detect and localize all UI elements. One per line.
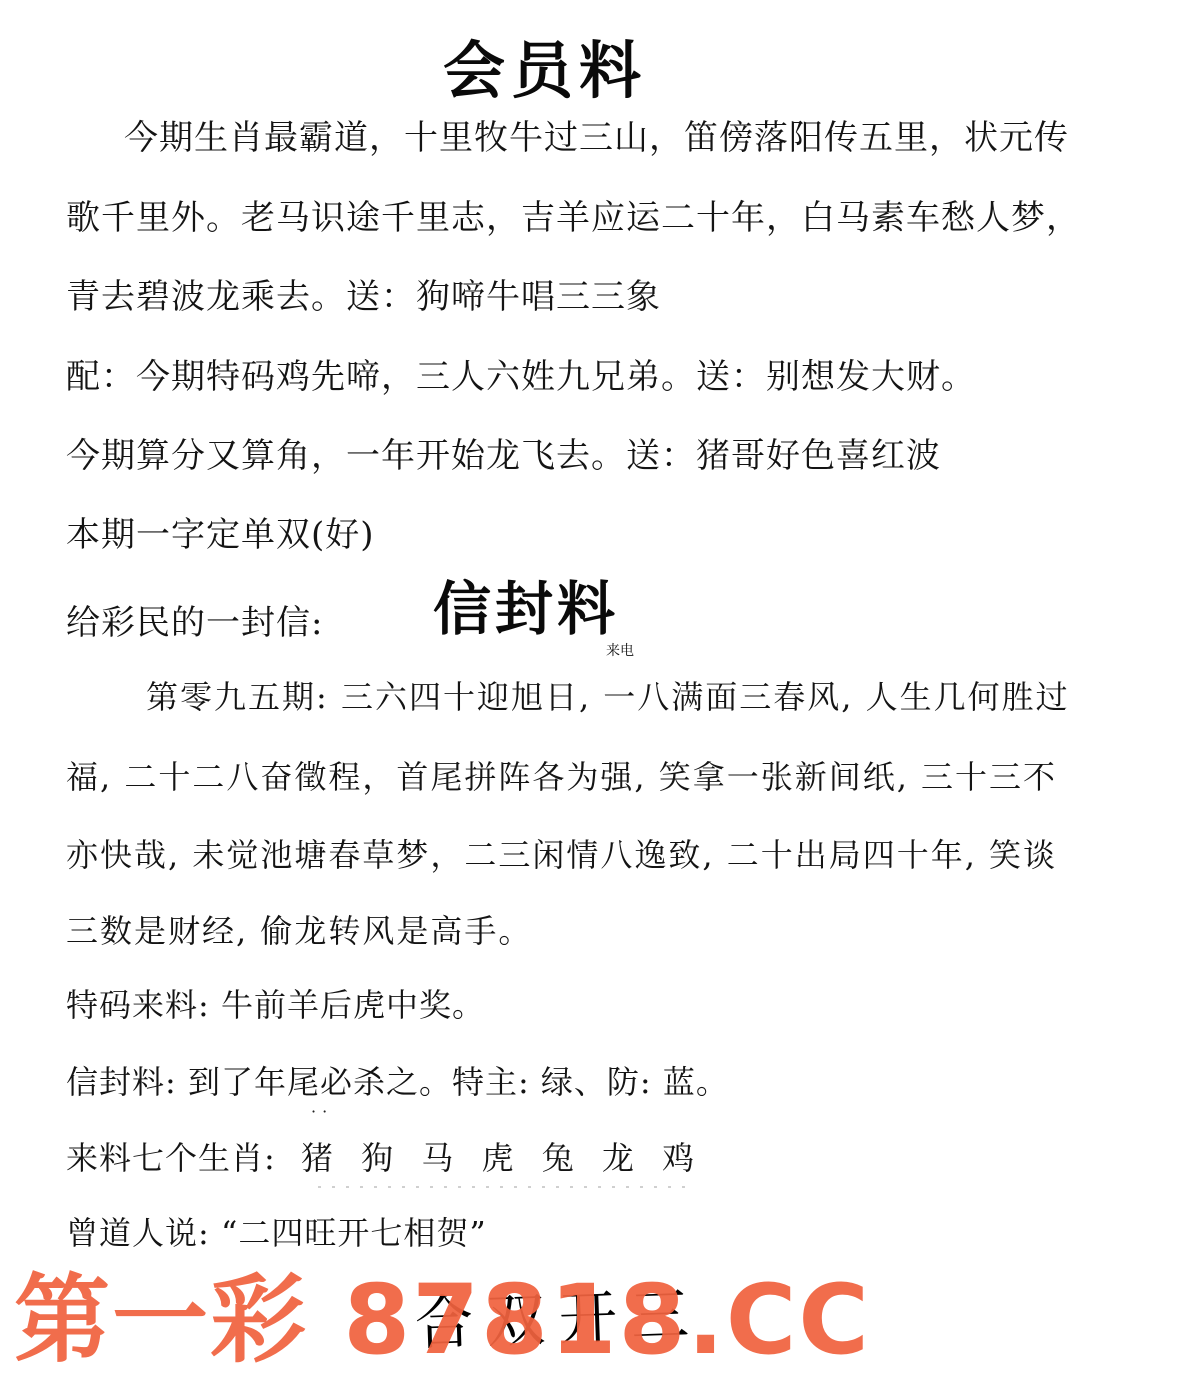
emphasis-dots: ·· — [311, 1102, 333, 1121]
envelope-tip: 信封料: 到了年尾必杀之。特主: 绿、防: 蓝。 — [66, 1062, 729, 1102]
special-code-tip: 特码来料: 牛前羊后虎中奖。 — [66, 985, 485, 1025]
seven-zodiacs-label: 来料七个生肖: — [66, 1139, 276, 1177]
member-line-1: 今期生肖最霸道，十里牧牛过三山，笛傍落阳传五里，状元传 — [124, 118, 1069, 158]
zodiac-item: 鸡 — [662, 1139, 694, 1177]
member-line-2: 歌千里外。老马识途千里志，吉羊应运二十年，白马素车愁人梦， — [66, 198, 1081, 238]
letter-line-1: 第零九五期: 三六四十迎旭日, 一八满面三春风, 人生几何胜过 — [146, 677, 1070, 717]
letter-line-4: 三数是财经, 偷龙转风是高手。 — [66, 911, 532, 951]
zodiac-item: 兔 — [542, 1139, 574, 1177]
member-section-title: 会员料 — [443, 40, 647, 102]
zodiac-item: 虎 — [482, 1139, 514, 1177]
letter-title-note: 来电 — [606, 643, 634, 659]
zodiac-item: 猪 — [301, 1139, 333, 1177]
member-line-5: 今期算分又算角，一年开始龙飞去。送：猪哥好色喜红波 — [66, 436, 941, 476]
zodiac-item: 狗 — [361, 1139, 393, 1177]
member-line-6: 本期一字定单双(好) — [66, 515, 375, 555]
member-line-4: 配：今期特码鸡先啼，三人六姓九兄弟。送：别想发大财。 — [66, 357, 976, 397]
member-line-3: 青去碧波龙乘去。送：狗啼牛唱三三象 — [66, 277, 661, 317]
site-watermark: 第一彩 87818.CC — [14, 1272, 871, 1368]
saying-tip: 曾道人说: “二四旺开七相贺” — [66, 1213, 487, 1253]
seven-zodiacs-row: 来料七个生肖: 猪 狗 马 虎 兔 龙 鸡 — [66, 1138, 694, 1178]
letter-intro-label: 给彩民的一封信: — [66, 603, 323, 643]
scan-artifact-line — [318, 1186, 688, 1188]
zodiac-item: 马 — [421, 1139, 453, 1177]
letter-section-title: 信封料 — [433, 580, 619, 638]
zodiac-item: 龙 — [602, 1139, 634, 1177]
letter-line-2: 福, 二十二八奋徵程，首尾拼阵各为强, 笑拿一张新间纸, 三十三不 — [66, 757, 1057, 797]
document-page: 会员料 今期生肖最霸道，十里牧牛过三山，笛傍落阳传五里，状元传 歌千里外。老马识… — [0, 0, 1195, 1388]
letter-line-3: 亦快哉, 未觉池塘春草梦，二三闲情八逸致, 二十出局四十年, 笑谈 — [66, 835, 1057, 875]
